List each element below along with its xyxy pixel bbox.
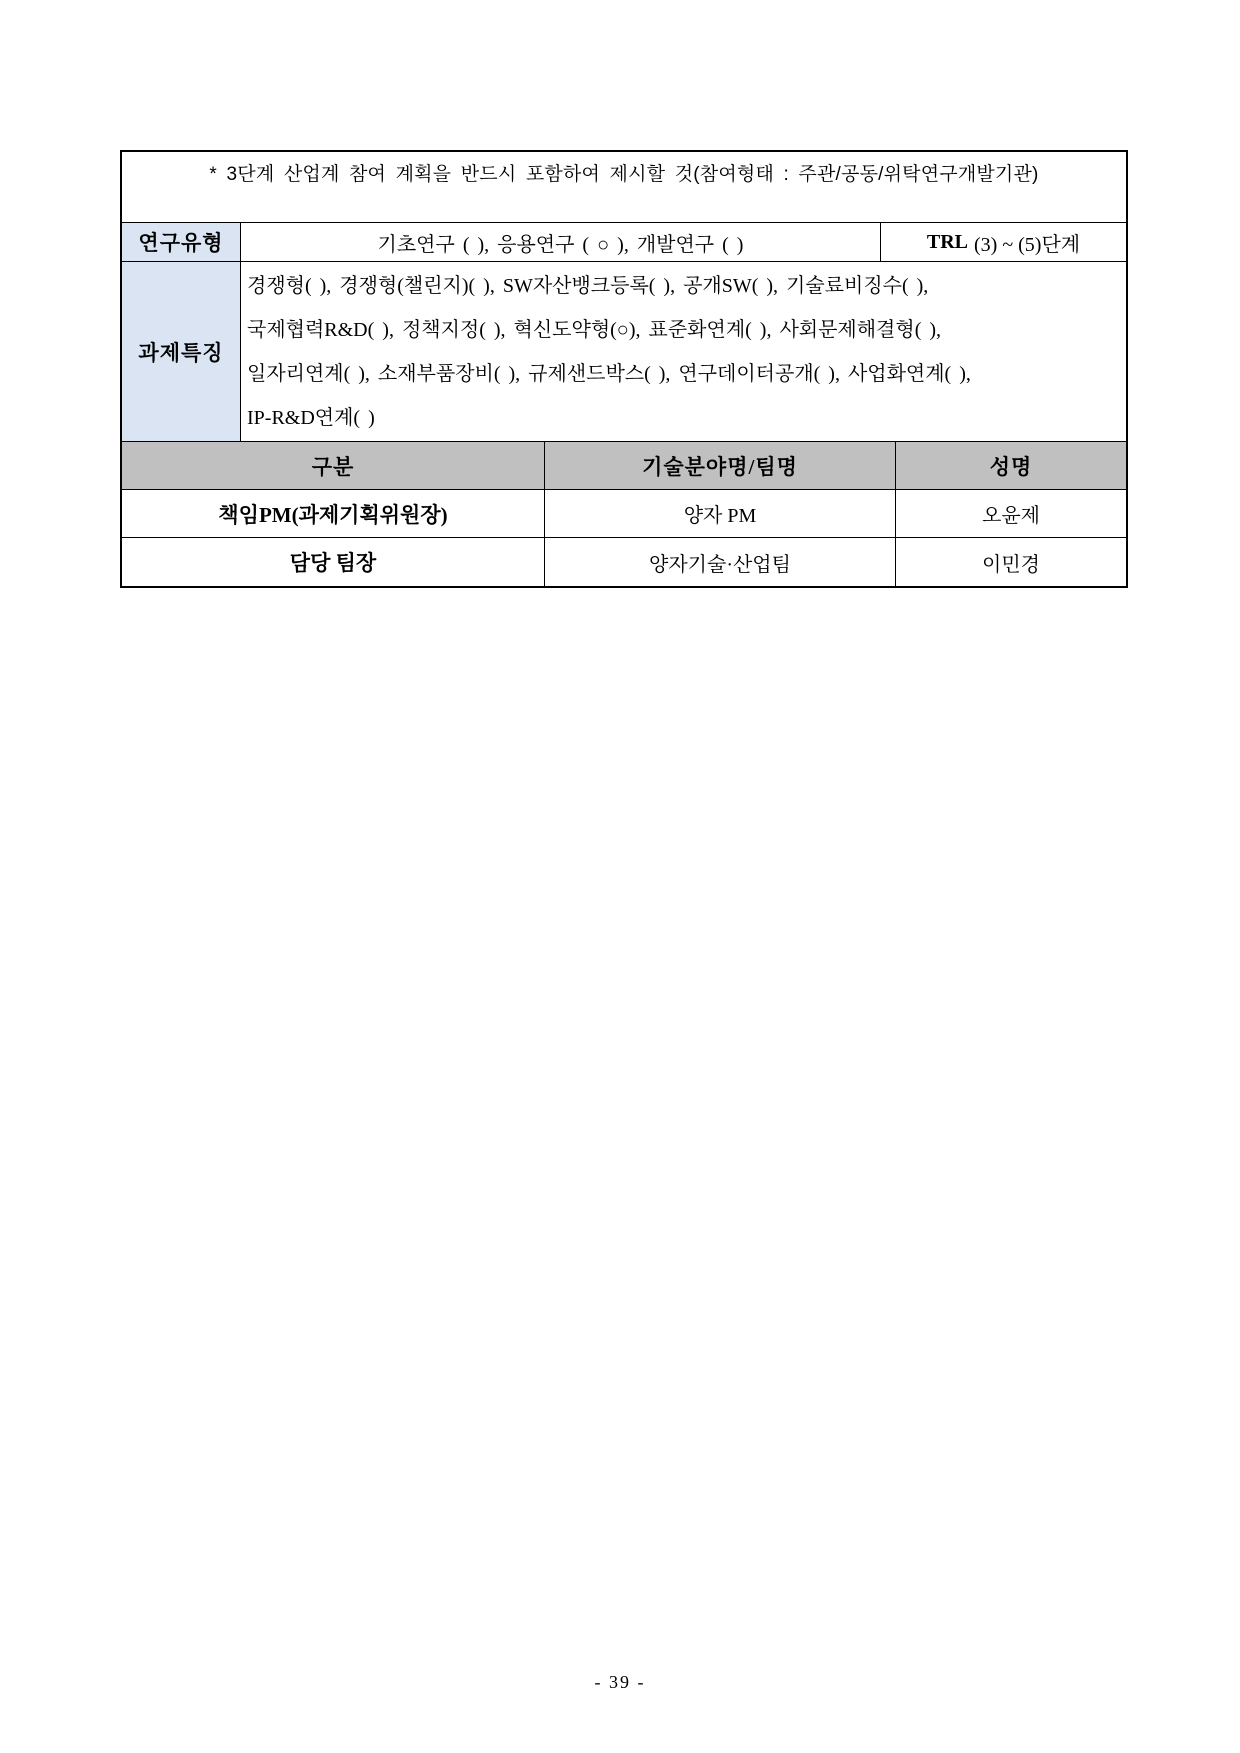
pm-header-name: 성명 (895, 442, 1126, 489)
pm-header-tech-field: 기술분야명/팀명 (544, 442, 895, 489)
pm-team: 양자기술·산업팀 (544, 538, 895, 586)
pm-role: 담당 팀장 (122, 538, 544, 586)
pm-header-category: 구분 (122, 442, 544, 489)
trl-cell: TRL (3) ~ (5)단계 (880, 223, 1126, 261)
pm-table-header-row: 구분 기술분야명/팀명 성명 (122, 441, 1126, 489)
task-features-line: 경쟁형( ), 경쟁형(챌린지)( ), SW자산뱅크등록( ), 공개SW( … (247, 264, 928, 308)
table-row: 담당 팀장 양자기술·산업팀 이민경 (122, 537, 1126, 586)
pm-name: 이민경 (895, 538, 1126, 586)
task-features-content: 경쟁형( ), 경쟁형(챌린지)( ), SW자산뱅크등록( ), 공개SW( … (240, 262, 1126, 441)
project-info-table: * 3단계 산업계 참여 계획을 반드시 포함하여 제시할 것(참여형태 : 주… (120, 150, 1128, 588)
research-type-row: 연구유형 기초연구 ( ), 응용연구 ( ○ ), 개발연구 ( ) TRL … (122, 222, 1126, 261)
pm-name: 오윤제 (895, 490, 1126, 537)
pm-role: 책임PM(과제기획위원장) (122, 490, 544, 537)
document-page: * 3단계 산업계 참여 계획을 반드시 포함하여 제시할 것(참여형태 : 주… (0, 0, 1240, 1753)
trl-label: TRL (927, 231, 968, 254)
research-type-label: 연구유형 (122, 223, 240, 261)
task-features-line: 일자리연계( ), 소재부품장비( ), 규제샌드박스( ), 연구데이터공개(… (247, 352, 971, 396)
page-number: - 39 - (0, 1672, 1240, 1693)
stage3-participation-note: * 3단계 산업계 참여 계획을 반드시 포함하여 제시할 것(참여형태 : 주… (122, 152, 1126, 222)
pm-team: 양자 PM (544, 490, 895, 537)
trl-range: (3) ~ (5)단계 (974, 228, 1080, 257)
task-features-row: 과제특징 경쟁형( ), 경쟁형(챌린지)( ), SW자산뱅크등록( ), 공… (122, 261, 1126, 441)
task-features-line: 국제협력R&D( ), 정책지정( ), 혁신도약형(○), 표준화연계( ),… (247, 308, 941, 352)
task-features-line: IP-R&D연계( ) (247, 396, 375, 440)
table-row: 책임PM(과제기획위원장) 양자 PM 오윤제 (122, 489, 1126, 537)
research-type-value: 기초연구 ( ), 응용연구 ( ○ ), 개발연구 ( ) (240, 223, 880, 261)
task-features-label: 과제특징 (122, 262, 240, 441)
note-row: * 3단계 산업계 참여 계획을 반드시 포함하여 제시할 것(참여형태 : 주… (122, 152, 1126, 222)
